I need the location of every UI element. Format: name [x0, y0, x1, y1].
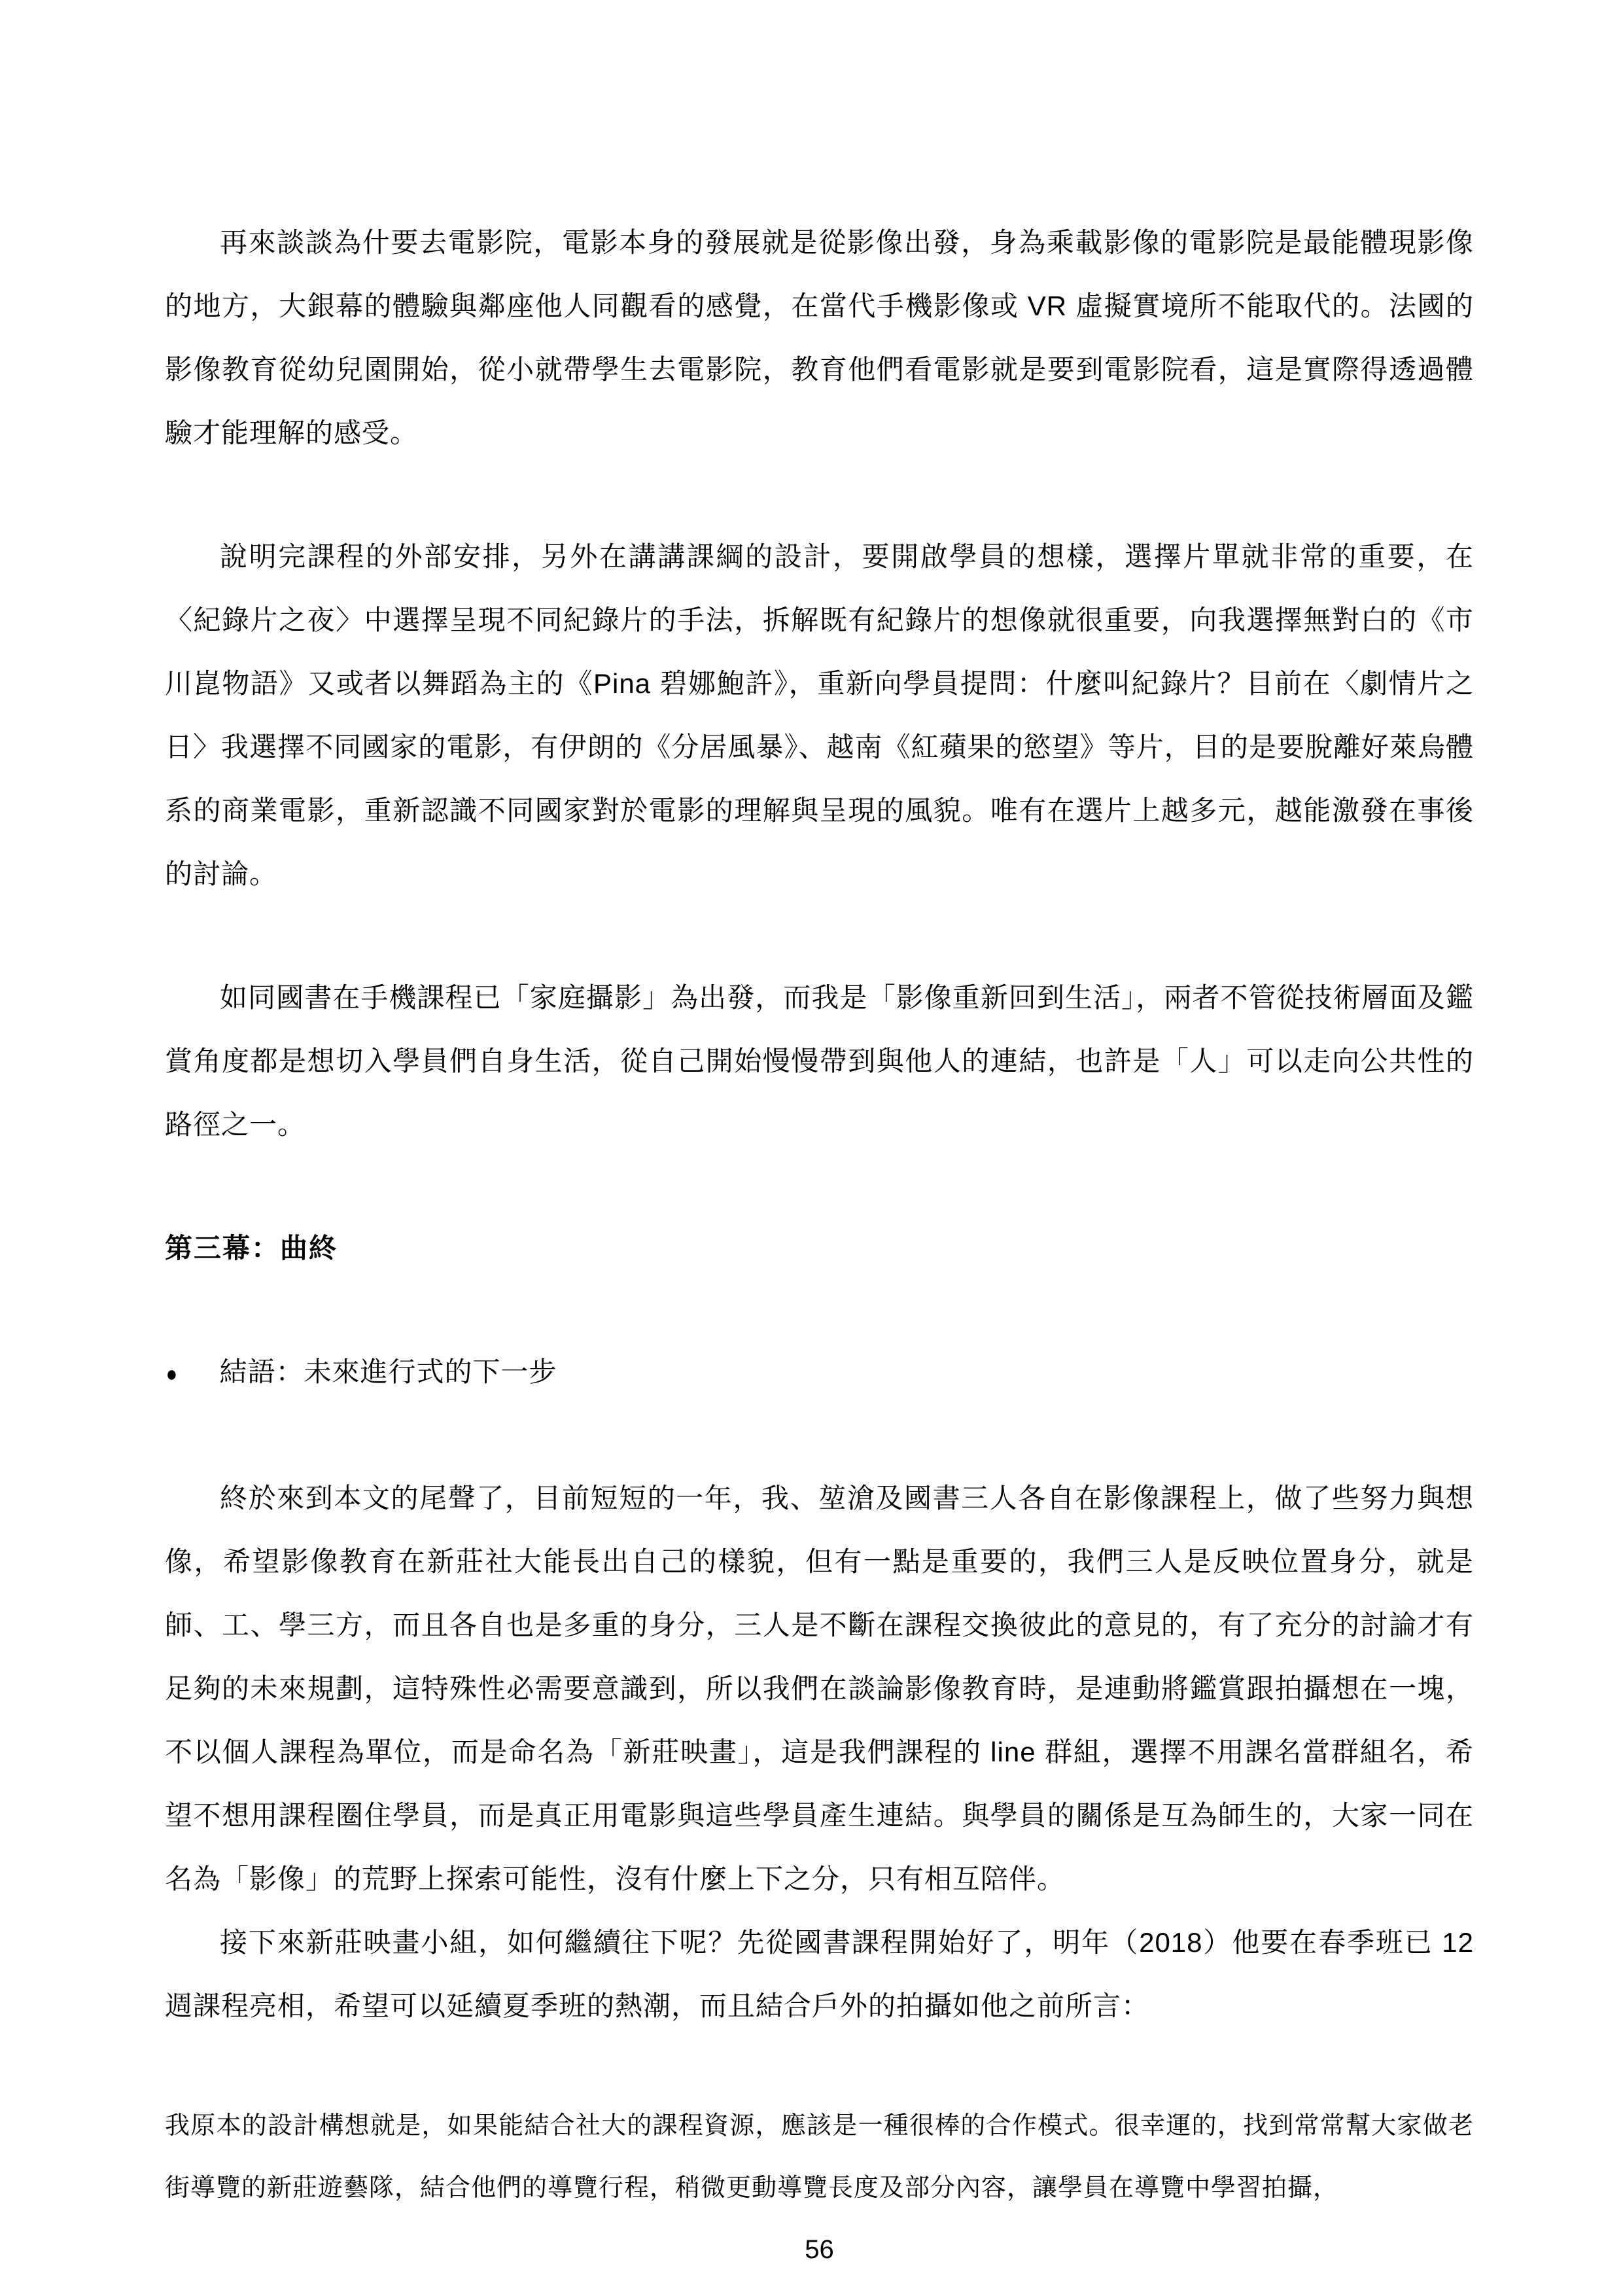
bullet-icon: ●: [166, 1343, 178, 1406]
paragraph-life-connection: 如同國書在手機課程已「家庭攝影」為出發，而我是「影像重新回到生活」，兩者不管從技…: [165, 966, 1474, 1156]
page-number: 56: [165, 2234, 1474, 2265]
bullet-item-label: 結語：未來進行式的下一步: [220, 1340, 557, 1404]
quote-paragraph-design-idea: 我原本的設計構想就是，如果能結合社大的課程資源，應該是一種很棒的合作模式。很幸運…: [165, 2095, 1474, 2219]
paragraph-next-steps-2018: 接下來新莊映畫小組，如何繼續往下呢？先從國書課程開始好了，明年（2018）他要在…: [165, 1911, 1474, 2038]
section-heading-act-three: 第三幕：曲終: [165, 1216, 1474, 1280]
bullet-item-conclusion: ● 結語：未來進行式的下一步: [165, 1340, 1474, 1406]
paragraph-cinema-experience: 再來談談為什要去電影院，電影本身的發展就是從影像出發，身為乘載影像的電影院是最能…: [165, 211, 1474, 465]
page-content: 再來談談為什要去電影院，電影本身的發展就是從影像出發，身為乘載影像的電影院是最能…: [165, 211, 1474, 2265]
document-page: 再來談談為什要去電影院，電影本身的發展就是從影像出發，身為乘載影像的電影院是最能…: [0, 0, 1623, 2296]
paragraph-epilogue-three-people: 終於來到本文的尾聲了，目前短短的一年，我、堃滄及國書三人各自在影像課程上，做了些…: [165, 1466, 1474, 1911]
paragraph-curriculum-film-selection: 說明完課程的外部安排，另外在講講課綱的設計，要開啟學員的想樣，選擇片單就非常的重…: [165, 525, 1474, 906]
